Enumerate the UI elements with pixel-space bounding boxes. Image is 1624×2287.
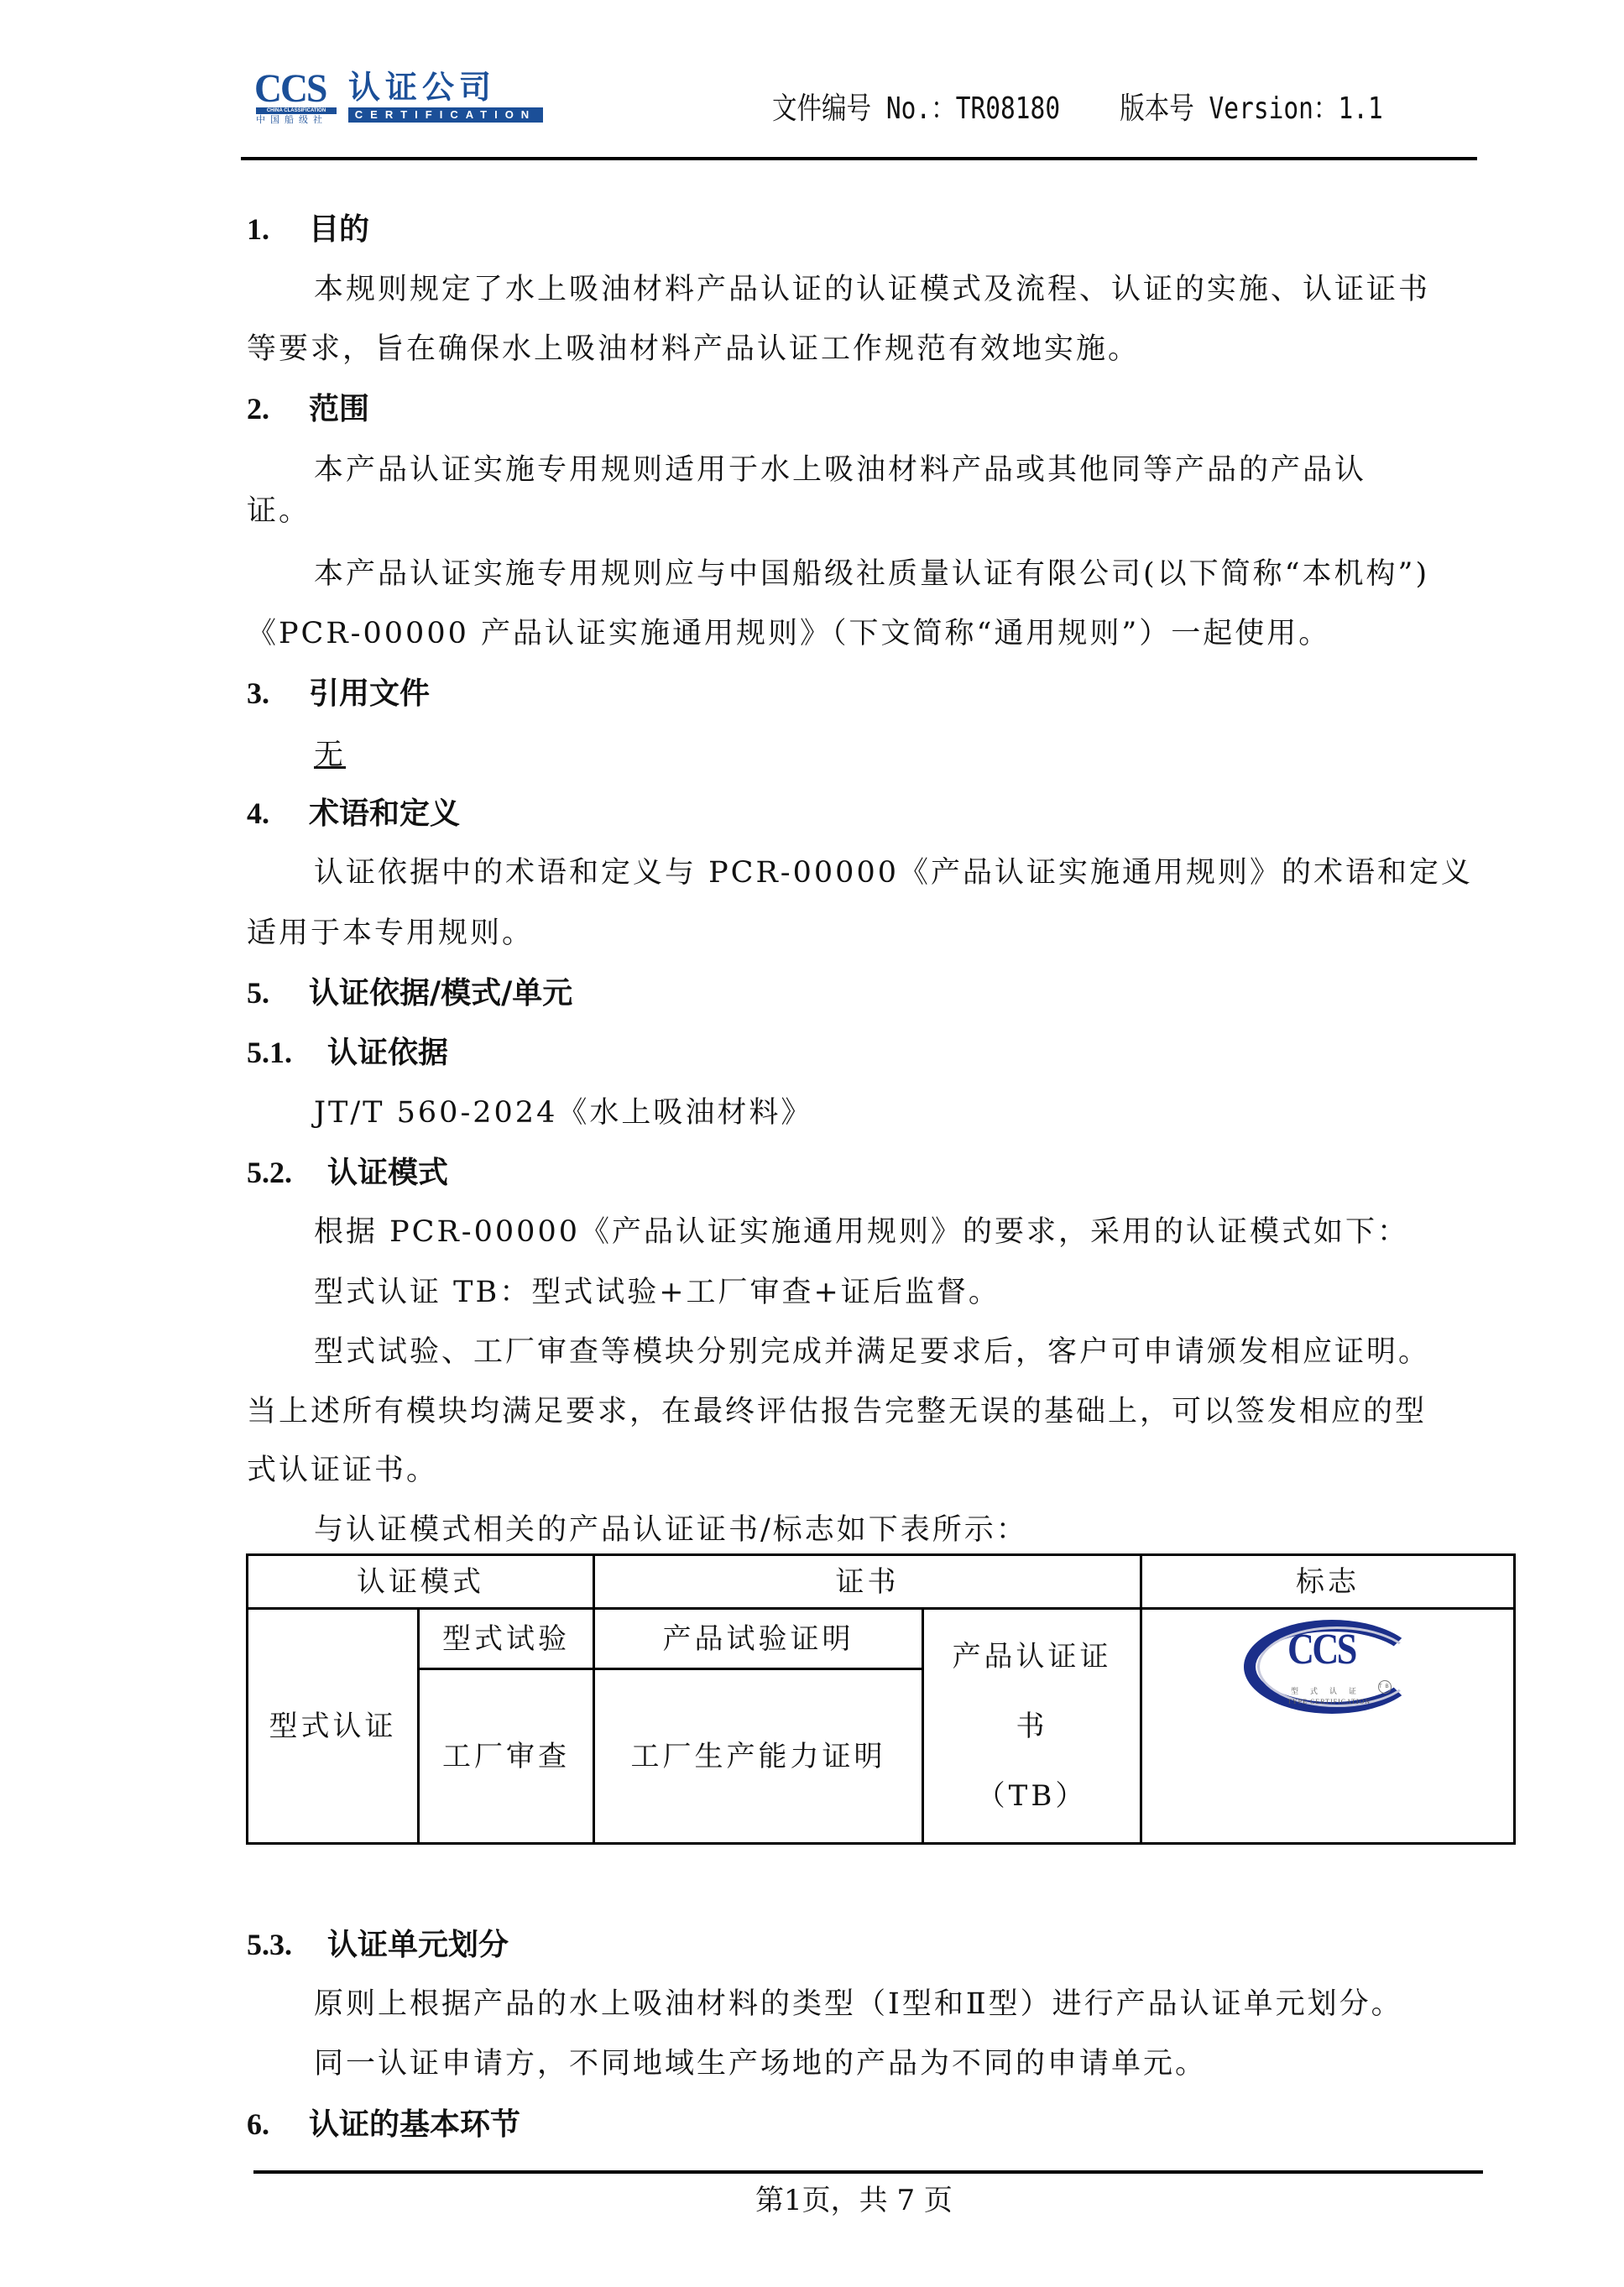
section-number: 5.2. <box>247 1154 327 1191</box>
table-cell-proof: 工厂生产能力证明 <box>593 1668 924 1845</box>
paragraph-line: 原则上根据产品的水上吸油材料的类型（Ⅰ型和Ⅱ型）进行产品认证单元划分。 <box>314 1986 1539 2023</box>
section-title: 认证依据 <box>327 1035 448 1070</box>
section-title: 认证的基本环节 <box>309 2107 520 2142</box>
table-cell-mode: 型式认证 <box>246 1607 420 1845</box>
paragraph-line: 根据 PCR-00000《产品认证实施通用规则》的要求，采用的认证模式如下： <box>314 1214 1539 1251</box>
section-number: 5. <box>247 974 309 1011</box>
certificate-line: 书 <box>1016 1708 1048 1745</box>
paragraph-line: 《PCR-00000 产品认证实施通用规则》（下文简称“通用规则”）一起使用。 <box>247 615 1472 652</box>
none-text: 无 <box>314 739 346 772</box>
section-heading-1: 1.目的 <box>247 211 369 248</box>
mark-ccs-text: CCS <box>1287 1628 1355 1672</box>
company-logo: CCS CHINA CLASSIFICATION SOCIETY 中国船级社 认… <box>254 70 548 128</box>
paragraph-line: 型式试验、工厂审查等模块分别完成并满足要求后，客户可申请颁发相应证明。 <box>314 1334 1539 1371</box>
logo-society-cn: 中国船级社 <box>256 115 337 125</box>
logo-company-cn: 认证公司 <box>348 70 496 104</box>
paragraph-line: 式认证证书。 <box>247 1452 1472 1489</box>
paragraph-line: 证。 <box>247 493 1472 530</box>
section-heading-2: 2.范围 <box>247 390 369 427</box>
logo-company-en: CERTIFICATION <box>348 107 543 123</box>
section-heading-6: 6.认证的基本环节 <box>247 2106 520 2143</box>
section-heading-5-1: 5.1.认证依据 <box>247 1034 448 1071</box>
footer-rule <box>253 2170 1483 2174</box>
logo-ccs-text: CCS <box>254 70 326 107</box>
section-number: 5.1. <box>247 1034 327 1071</box>
section-number: 5.3. <box>247 1926 327 1963</box>
certificate-line: （TB） <box>977 1778 1088 1814</box>
section-number: 2. <box>247 390 309 427</box>
certification-table: 认证模式 证书 标志 型式认证 型式试验 产品试验证明 工厂审查 工厂生产能力证… <box>246 1553 1516 1845</box>
section-number: 4. <box>247 795 309 832</box>
table-header-certificate: 证书 <box>593 1553 1142 1610</box>
paragraph-line: 本产品认证实施专用规则适用于水上吸油材料产品或其他同等产品的产品认 <box>314 452 1539 488</box>
table-header-mark: 标志 <box>1140 1553 1516 1610</box>
section-title: 术语和定义 <box>309 796 460 831</box>
section-number: 3. <box>247 675 309 712</box>
mark-tb-badge: TB <box>1378 1680 1392 1694</box>
section-heading-3: 3.引用文件 <box>247 675 430 712</box>
logo-society-en: CHINA CLASSIFICATION SOCIETY <box>256 107 337 114</box>
paragraph-line: 等要求，旨在确保水上吸油材料产品认证工作规范有效地实施。 <box>247 331 1472 368</box>
section-number: 1. <box>247 211 309 248</box>
section-number: 6. <box>247 2106 309 2143</box>
section-heading-4: 4.术语和定义 <box>247 795 460 832</box>
section-title: 认证模式 <box>327 1155 448 1190</box>
paragraph-line: JT/T 560-2024《水上吸油材料》 <box>314 1094 1539 1131</box>
page-number: 第1页，共 7 页 <box>0 2182 1624 2219</box>
section-title: 认证单元划分 <box>327 1927 509 1962</box>
table-caption: 与认证模式相关的产品认证证书/标志如下表所示： <box>314 1512 1539 1548</box>
paragraph-line: 认证依据中的术语和定义与 PCR-00000《产品认证实施通用规则》的术语和定义 <box>314 854 1539 891</box>
mark-en-text: TYPE CERTIFICATION <box>1287 1684 1371 1720</box>
paragraph-line: 当上述所有模块均满足要求，在最终评估报告完整无误的基础上，可以签发相应的型 <box>247 1393 1472 1430</box>
section-title: 目的 <box>309 211 369 247</box>
ccs-type-certification-mark-icon: CCS 型式认证 TYPE CERTIFICATION TB <box>1244 1616 1412 1717</box>
paragraph-line: 无 <box>314 737 1539 774</box>
paragraph-line: 适用于本专用规则。 <box>247 915 1472 952</box>
paragraph-line: 型式认证 TB：型式试验+工厂审查+证后监督。 <box>314 1274 1539 1311</box>
certificate-line: 产品认证证 <box>953 1638 1112 1675</box>
table-cell-module: 型式试验 <box>417 1607 595 1670</box>
paragraph-line: 本产品认证实施专用规则应与中国船级社质量认证有限公司(以下简称“本机构”) <box>314 556 1539 593</box>
table-header-mode: 认证模式 <box>246 1553 595 1610</box>
section-title: 认证依据/模式/单元 <box>309 975 572 1010</box>
section-heading-5-3: 5.3.认证单元划分 <box>247 1926 509 1963</box>
document-info: 文件编号 No.：TR08180 版本号 Version：1.1 <box>772 91 1344 128</box>
table-cell-proof: 产品试验证明 <box>593 1607 924 1670</box>
section-title: 范围 <box>309 391 369 426</box>
section-heading-5-2: 5.2.认证模式 <box>247 1154 448 1191</box>
table-cell-mark: CCS 型式认证 TYPE CERTIFICATION TB <box>1140 1607 1516 1845</box>
section-heading-5: 5.认证依据/模式/单元 <box>247 974 572 1011</box>
paragraph-line: 同一认证申请方，不同地域生产场地的产品为不同的申请单元。 <box>314 2045 1539 2082</box>
section-title: 引用文件 <box>309 676 430 711</box>
table-cell-certificate: 产品认证证 书 （TB） <box>922 1607 1142 1845</box>
paragraph-line: 本规则规定了水上吸油材料产品认证的认证模式及流程、认证的实施、认证证书 <box>314 271 1539 308</box>
header-rule <box>241 157 1477 160</box>
table-cell-module: 工厂审查 <box>417 1668 595 1845</box>
